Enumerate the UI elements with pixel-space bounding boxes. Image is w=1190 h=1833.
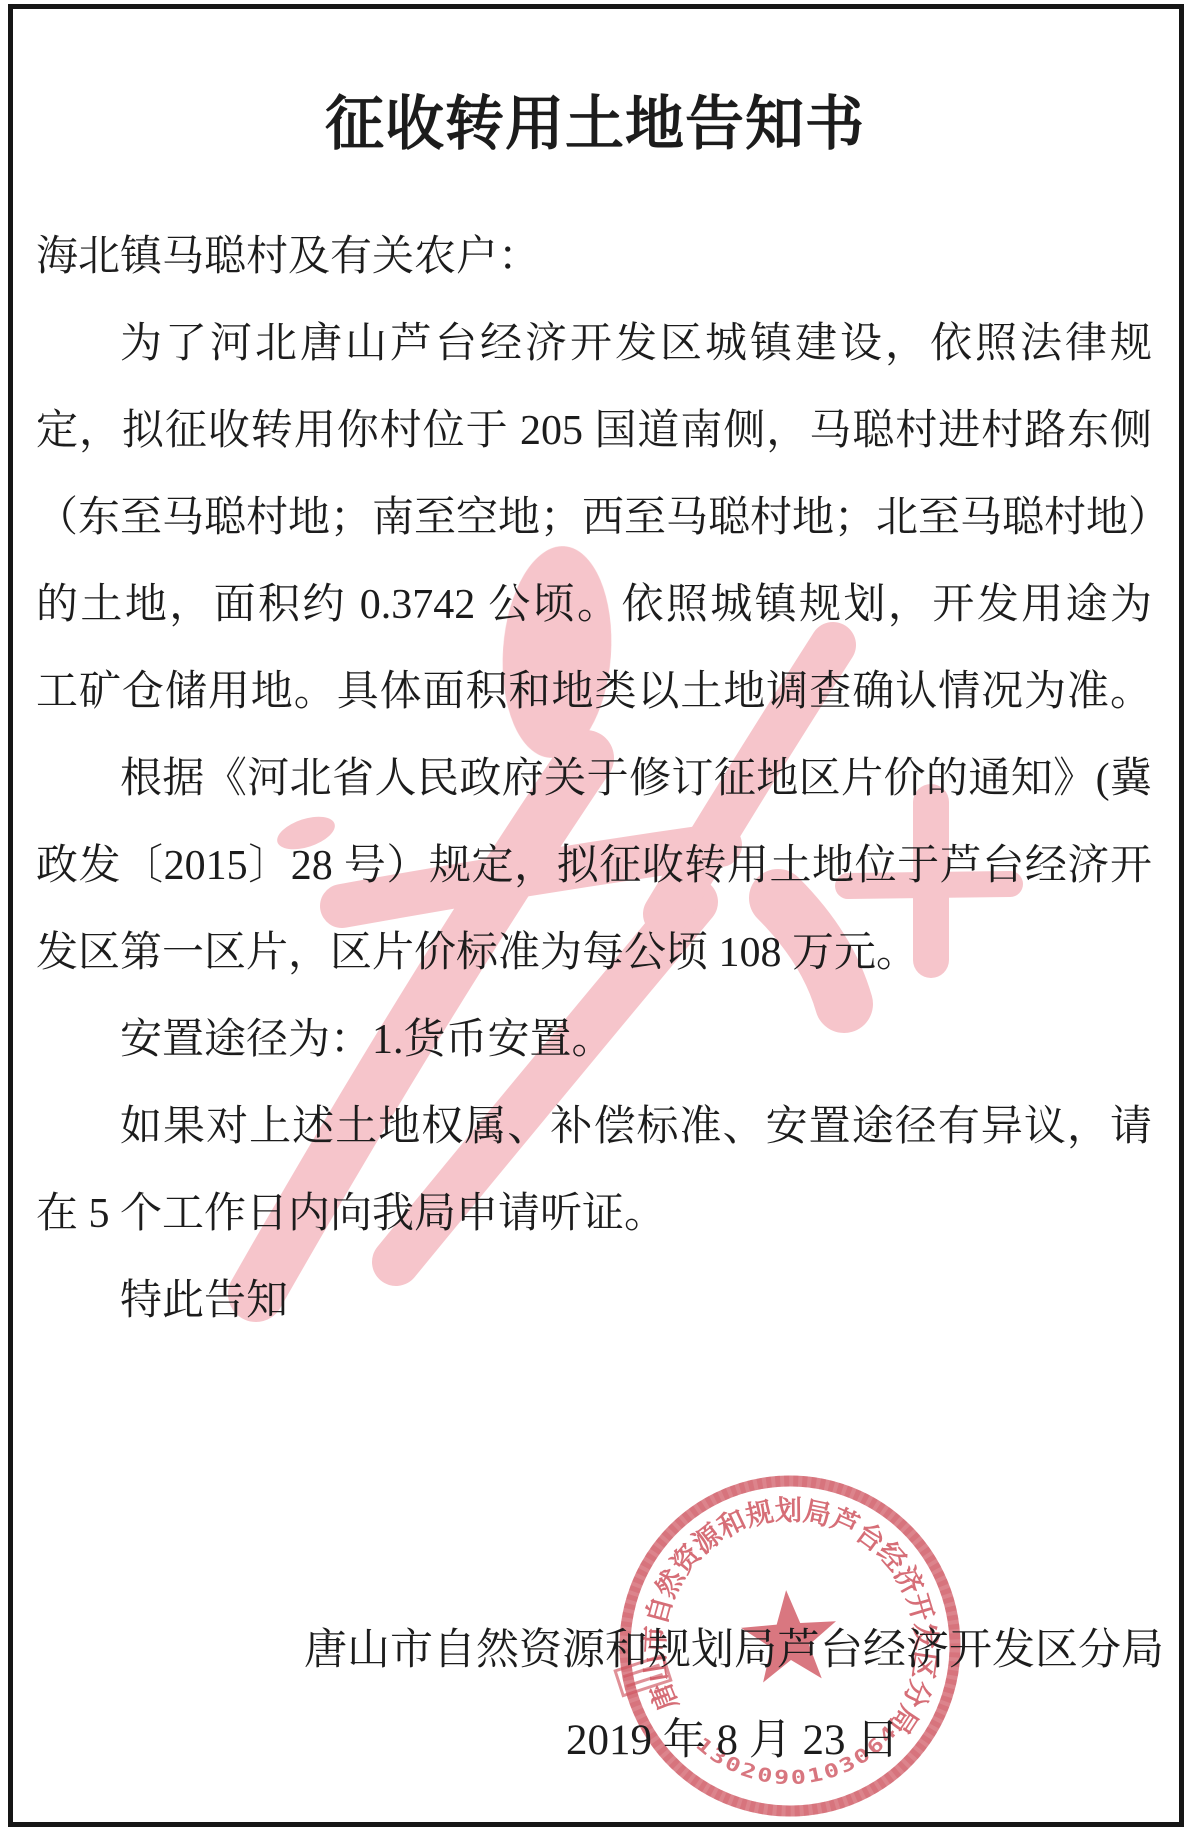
body-line: 如果对上述土地权属、补偿标准、安置途径有异议，请 <box>36 1084 1152 1171</box>
body-line-salutation: 海北镇马聪村及有关农户： <box>36 214 1152 301</box>
body-line: 在 5 个工作日内向我局申请听证。 <box>36 1171 1152 1258</box>
issue-date: 2019 年 8 月 23 日 <box>566 1716 899 1766</box>
document-body: 海北镇马聪村及有关农户： 为了河北唐山芦台经济开发区城镇建设，依照法律规 定，拟… <box>36 214 1152 1345</box>
body-line: 为了河北唐山芦台经济开发区城镇建设，依照法律规 <box>36 301 1152 388</box>
document-title: 征收转用土地告知书 <box>0 76 1190 161</box>
body-line: 发区第一区片，区片价标准为每公顷 108 万元。 <box>36 910 1152 997</box>
body-line-closing: 特此告知 <box>36 1258 1152 1345</box>
body-line: （东至马聪村地；南至空地；西至马聪村地；北至马聪村地） <box>36 475 1152 562</box>
body-line: 安置途径为：1.货币安置。 <box>36 997 1152 1084</box>
body-line: 政发〔2015〕28 号）规定，拟征收转用土地位于芦台经济开 <box>36 823 1152 910</box>
body-line: 的土地，面积约 0.3742 公顷。依照城镇规划，开发用途为 <box>36 562 1152 649</box>
issuing-authority: 唐山市自然资源和规划局芦台经济开发区分局 <box>304 1626 1164 1676</box>
body-line: 根据《河北省人民政府关于修订征地区片价的通知》(冀 <box>36 736 1152 823</box>
body-line: 工矿仓储用地。具体面积和地类以土地调查确认情况为准。 <box>36 649 1152 736</box>
body-line: 定，拟征收转用你村位于 205 国道南侧，马聪村进村路东侧 <box>36 388 1152 475</box>
